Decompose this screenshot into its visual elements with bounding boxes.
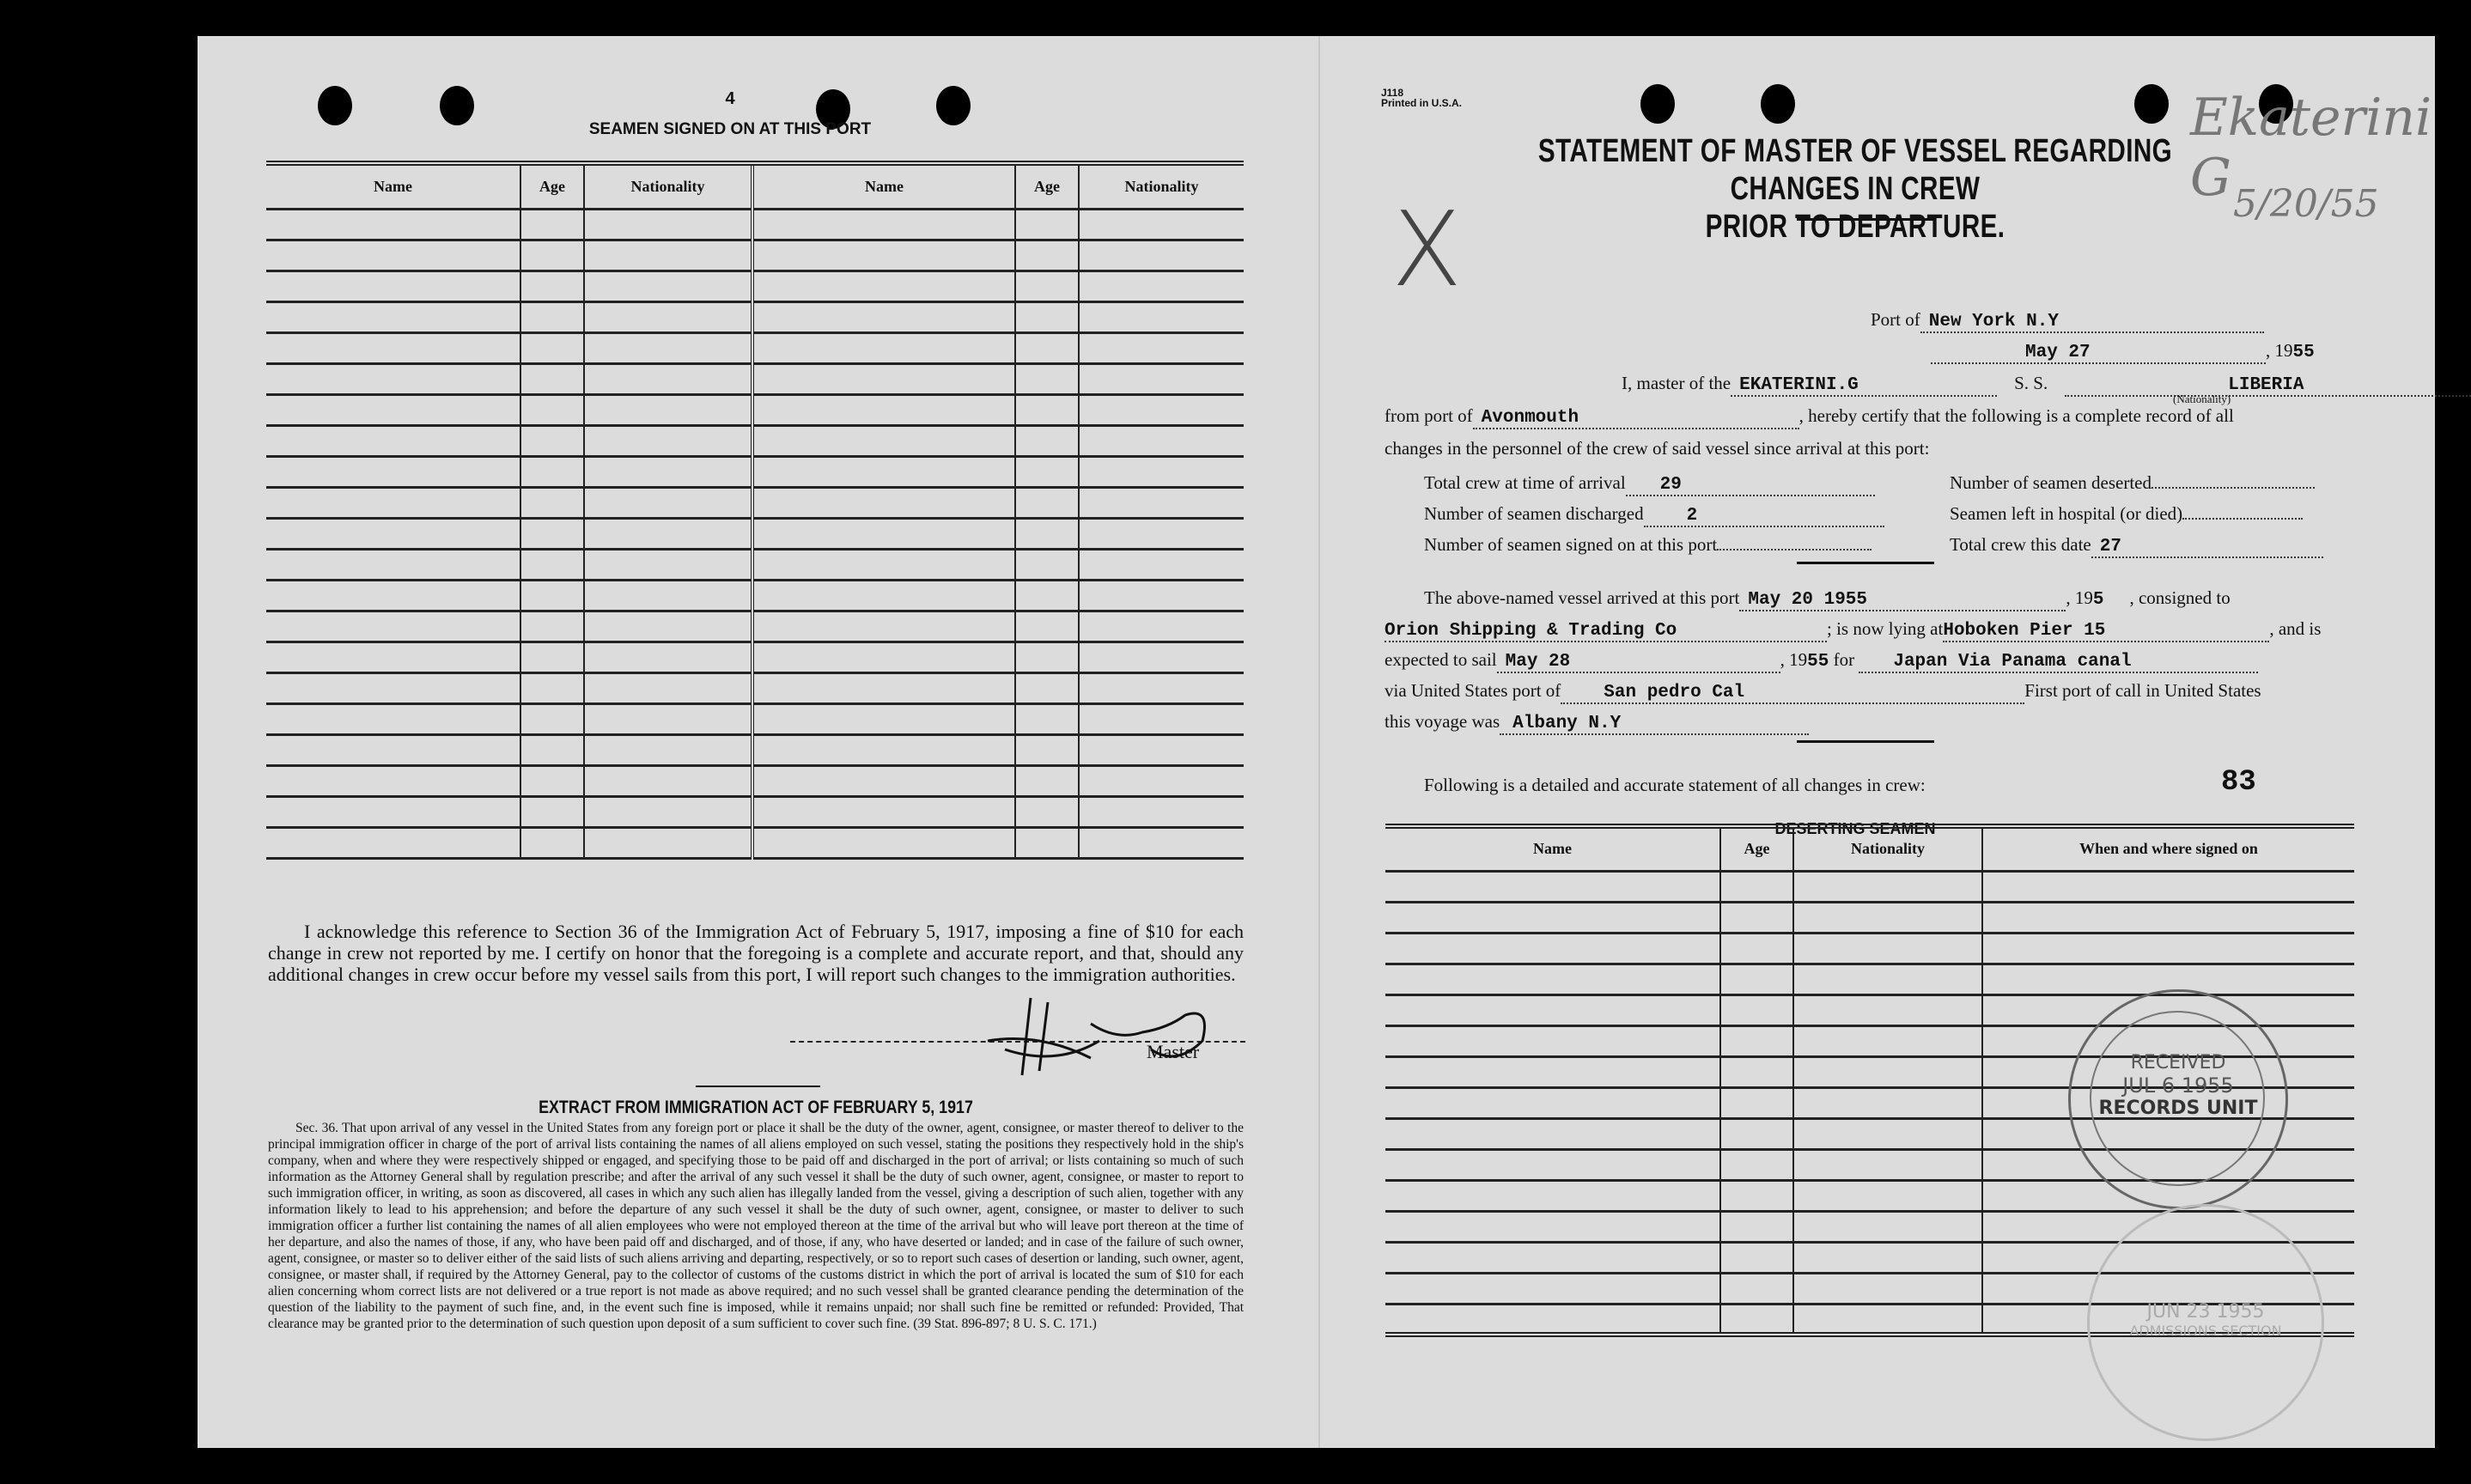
table-cell[interactable] xyxy=(1720,1149,1793,1180)
vessel-name: EKATERINI.G xyxy=(1731,375,1997,397)
table-row xyxy=(266,796,1244,827)
table-cell[interactable] xyxy=(266,672,520,703)
deserted-row: Number of seamen deserted xyxy=(1950,472,2315,494)
table-cell[interactable] xyxy=(1015,765,1079,796)
table-cell[interactable] xyxy=(1720,1118,1793,1149)
table-cell[interactable] xyxy=(1793,1180,1982,1211)
table-cell[interactable] xyxy=(584,209,752,240)
table-cell[interactable] xyxy=(752,703,1015,734)
table-cell[interactable] xyxy=(584,394,752,425)
table-cell[interactable] xyxy=(1079,363,1244,394)
received-stamp: RECEIVED JUL 6 1955 RECORDS UNIT xyxy=(2068,989,2288,1209)
destination-value: Japan Via Panama canal xyxy=(1859,652,2258,673)
table-cell[interactable] xyxy=(520,518,584,549)
table-cell[interactable] xyxy=(1720,1180,1793,1211)
table-cell[interactable] xyxy=(1385,1087,1720,1118)
table-cell[interactable] xyxy=(520,394,584,425)
total-crew-date-value: 27 xyxy=(2091,537,2323,558)
sail-year-prefix: 19 xyxy=(1789,649,1807,670)
extract-text: That upon arrival of any vessel in the U… xyxy=(268,1121,1244,1331)
table-row xyxy=(1385,964,2354,994)
table-row xyxy=(266,271,1244,301)
table-cell[interactable] xyxy=(1015,672,1079,703)
sail-label: expected to sail xyxy=(1385,649,1497,670)
table-cell[interactable] xyxy=(1793,1025,1982,1056)
table-cell[interactable] xyxy=(1720,1087,1793,1118)
table-cell[interactable] xyxy=(584,580,752,611)
from-port-row: from port ofAvonmouth, hereby certify th… xyxy=(1385,405,2234,429)
extract-body: Sec. 36. That upon arrival of any vessel… xyxy=(268,1120,1244,1332)
table-cell[interactable] xyxy=(1079,642,1244,672)
table-cell[interactable] xyxy=(1720,902,1793,933)
signature-label: Master xyxy=(1147,1041,1199,1062)
lying-at-value: Hoboken Pier 15 xyxy=(1943,621,2269,642)
table-cell[interactable] xyxy=(520,271,584,301)
table-row xyxy=(1385,933,2354,964)
table-row xyxy=(266,580,1244,611)
table-cell[interactable] xyxy=(752,456,1015,487)
table-cell[interactable] xyxy=(520,703,584,734)
table-cell[interactable] xyxy=(520,549,584,580)
nationality-caption: (Nationality) xyxy=(2173,392,2231,406)
table-row xyxy=(1385,871,2354,902)
table-cell[interactable] xyxy=(584,332,752,363)
ss-label: S. S. xyxy=(1997,373,2065,393)
table-cell[interactable] xyxy=(520,425,584,456)
column-header-nationality: Nationality xyxy=(1793,826,1982,871)
table-row xyxy=(266,672,1244,703)
table-cell[interactable] xyxy=(1079,487,1244,518)
sail-date: May 28 xyxy=(1497,652,1780,673)
table-cell[interactable] xyxy=(1385,1118,1720,1149)
table-cell[interactable] xyxy=(584,487,752,518)
table-cell[interactable] xyxy=(1079,425,1244,456)
table-cell[interactable] xyxy=(1720,871,1793,902)
table-cell[interactable] xyxy=(1385,902,1720,933)
table-cell[interactable] xyxy=(266,271,520,301)
table-row xyxy=(266,703,1244,734)
table-cell[interactable] xyxy=(1982,933,2354,964)
punch-hole xyxy=(2134,84,2169,124)
table-cell[interactable] xyxy=(1015,549,1079,580)
table-cell[interactable] xyxy=(752,209,1015,240)
table-cell[interactable] xyxy=(1015,796,1079,827)
table-cell[interactable] xyxy=(1385,933,1720,964)
nationality-value: LIBERIA xyxy=(2065,375,2471,397)
table-cell[interactable] xyxy=(1385,871,1720,902)
table-cell[interactable] xyxy=(1079,332,1244,363)
table-cell[interactable] xyxy=(520,332,584,363)
column-header-name: Name xyxy=(1385,826,1720,871)
arrived-row: The above-named vessel arrived at this p… xyxy=(1424,587,2231,611)
lying-label: ; is now lying at xyxy=(1827,618,1943,639)
admissions-stamp-date: JUN 23 1955 xyxy=(2090,1301,2322,1323)
table-cell[interactable] xyxy=(752,672,1015,703)
table-cell[interactable] xyxy=(1982,902,2354,933)
first-port-label: First port of call in United States xyxy=(2024,680,2261,701)
column-header-age: Age xyxy=(1720,826,1793,871)
table-cell[interactable] xyxy=(1385,1242,1720,1273)
table-cell[interactable] xyxy=(584,611,752,642)
sail-year-suffix: 55 xyxy=(1807,652,1829,672)
table-cell[interactable] xyxy=(1015,827,1079,858)
table-cell[interactable] xyxy=(1015,456,1079,487)
table-cell[interactable] xyxy=(1079,611,1244,642)
master-of-label: I, master of the xyxy=(1622,373,1731,393)
table-cell[interactable] xyxy=(1079,580,1244,611)
table-cell[interactable] xyxy=(752,363,1015,394)
hospital-label: Seamen left in hospital (or died) xyxy=(1950,503,2182,524)
table-cell[interactable] xyxy=(1015,642,1079,672)
table-cell[interactable] xyxy=(1720,994,1793,1025)
table-row xyxy=(266,363,1244,394)
table-cell[interactable] xyxy=(1385,1304,1720,1335)
for-label: for xyxy=(1834,649,1855,670)
table-cell[interactable] xyxy=(1385,1149,1720,1180)
table-cell[interactable] xyxy=(1015,271,1079,301)
table-cell[interactable] xyxy=(266,240,520,271)
table-cell[interactable] xyxy=(520,487,584,518)
table-cell[interactable] xyxy=(1720,1304,1793,1335)
and-is-label: , and is xyxy=(2269,618,2321,639)
from-port-label: from port of xyxy=(1385,405,1473,426)
arrived-year-suffix: 5 xyxy=(2093,590,2104,610)
total-crew-arrival-row: Total crew at time of arrival29 xyxy=(1424,472,1875,496)
table-cell[interactable] xyxy=(1793,1242,1982,1273)
table-cell[interactable] xyxy=(584,425,752,456)
date-row: May 27, 1955 xyxy=(1931,340,2315,364)
admissions-stamp-text: ADMISSIONS SECTION xyxy=(2090,1323,2322,1339)
table-cell[interactable] xyxy=(1015,518,1079,549)
page-number: 4 xyxy=(696,89,764,109)
table-cell[interactable] xyxy=(520,672,584,703)
table-cell[interactable] xyxy=(1079,240,1244,271)
table-cell[interactable] xyxy=(520,796,584,827)
table-cell[interactable] xyxy=(752,796,1015,827)
consigned-label: , consigned to xyxy=(2103,587,2230,608)
table-cell[interactable] xyxy=(584,642,752,672)
column-header-signed-on: When and where signed on xyxy=(1982,826,2354,871)
section-title: SEAMEN SIGNED ON AT THIS PORT xyxy=(464,120,996,139)
table-cell[interactable] xyxy=(584,456,752,487)
table-cell[interactable] xyxy=(584,301,752,332)
table-cell[interactable] xyxy=(266,611,520,642)
page-fold xyxy=(1318,36,1320,1448)
table-cell[interactable] xyxy=(752,580,1015,611)
table-cell[interactable] xyxy=(266,425,520,456)
table-row xyxy=(266,394,1244,425)
table-cell[interactable] xyxy=(752,301,1015,332)
table-cell[interactable] xyxy=(752,425,1015,456)
table-row xyxy=(266,827,1244,858)
table-row xyxy=(266,332,1244,363)
table-cell[interactable] xyxy=(752,734,1015,765)
discharged-label: Number of seamen discharged xyxy=(1424,503,1644,524)
table-cell[interactable] xyxy=(266,827,520,858)
table-cell[interactable] xyxy=(520,765,584,796)
table-row xyxy=(266,240,1244,271)
via-label: via United States port of xyxy=(1385,680,1561,701)
punch-hole xyxy=(1640,84,1675,124)
table-cell[interactable] xyxy=(584,549,752,580)
column-header-age: Age xyxy=(1015,163,1079,209)
form-number-block: J118 Printed in U.S.A. xyxy=(1381,88,1462,108)
table-cell[interactable] xyxy=(266,549,520,580)
table-cell[interactable] xyxy=(1015,209,1079,240)
table-cell[interactable] xyxy=(752,394,1015,425)
table-cell[interactable] xyxy=(520,456,584,487)
table-cell[interactable] xyxy=(266,394,520,425)
table-cell[interactable] xyxy=(266,209,520,240)
document-sheet: 4 SEAMEN SIGNED ON AT THIS PORT Name Age… xyxy=(198,36,2435,1448)
table-cell[interactable] xyxy=(584,765,752,796)
port-of-value: New York N.Y xyxy=(1920,312,2264,333)
table-cell[interactable] xyxy=(266,332,520,363)
table-cell[interactable] xyxy=(266,765,520,796)
table-row xyxy=(266,765,1244,796)
first-port-value: Albany N.Y xyxy=(1500,714,1809,735)
table-cell[interactable] xyxy=(584,734,752,765)
table-cell[interactable] xyxy=(1720,1242,1793,1273)
table-cell[interactable] xyxy=(1079,827,1244,858)
column-header-nationality: Nationality xyxy=(1079,163,1244,209)
table-cell[interactable] xyxy=(1720,933,1793,964)
table-cell[interactable] xyxy=(1385,994,1720,1025)
signature-icon xyxy=(971,989,1228,1084)
table-row xyxy=(266,456,1244,487)
table-cell[interactable] xyxy=(752,332,1015,363)
table-cell[interactable] xyxy=(266,301,520,332)
table-cell[interactable] xyxy=(752,518,1015,549)
via-row: via United States port ofSan pedro CalFi… xyxy=(1385,680,2261,704)
table-cell[interactable] xyxy=(1793,1149,1982,1180)
table-cell[interactable] xyxy=(584,240,752,271)
table-row xyxy=(266,425,1244,456)
year-prefix: 19 xyxy=(2275,340,2293,361)
acknowledgement-text: I acknowledge this reference to Section … xyxy=(268,921,1244,985)
certify-text-line2: changes in the personnel of the crew of … xyxy=(1385,438,1929,459)
table-cell[interactable] xyxy=(1793,902,1982,933)
table-cell[interactable] xyxy=(1793,1211,1982,1242)
table-cell[interactable] xyxy=(584,672,752,703)
table-cell[interactable] xyxy=(1015,580,1079,611)
total-crew-arrival-value: 29 xyxy=(1626,475,1875,496)
arrived-date: May 20 1955 xyxy=(1739,590,2066,611)
punch-hole xyxy=(1761,84,1795,124)
table-cell[interactable] xyxy=(1015,425,1079,456)
table-cell[interactable] xyxy=(1079,394,1244,425)
table-cell[interactable] xyxy=(1720,1025,1793,1056)
voyage-label: this voyage was xyxy=(1385,711,1500,732)
table-cell[interactable] xyxy=(1720,1211,1793,1242)
table-cell[interactable] xyxy=(752,549,1015,580)
table-cell[interactable] xyxy=(520,209,584,240)
table-cell[interactable] xyxy=(1015,301,1079,332)
table-cell[interactable] xyxy=(1793,933,1982,964)
port-of-row: Port ofNew York N.Y xyxy=(1871,309,2264,333)
hospital-value xyxy=(2182,518,2303,520)
table-row xyxy=(266,518,1244,549)
table-cell[interactable] xyxy=(1793,994,1982,1025)
admissions-stamp: JUN 23 1955 ADMISSIONS SECTION xyxy=(2087,1204,2324,1441)
table-cell[interactable] xyxy=(266,487,520,518)
printed-in: Printed in U.S.A. xyxy=(1381,98,1462,108)
consignee-row: Orion Shipping & Trading Co; is now lyin… xyxy=(1385,618,2321,642)
table-cell[interactable] xyxy=(1385,1056,1720,1087)
sail-row: expected to sailMay 28, 1955 for Japan V… xyxy=(1385,649,2258,673)
table-cell[interactable] xyxy=(520,363,584,394)
column-header-name: Name xyxy=(266,163,520,209)
table-cell[interactable] xyxy=(1015,487,1079,518)
table-cell[interactable] xyxy=(752,611,1015,642)
total-crew-date-row: Total crew this date27 xyxy=(1950,534,2323,558)
hospital-row: Seamen left in hospital (or died) xyxy=(1950,503,2303,525)
table-cell[interactable] xyxy=(1793,1273,1982,1304)
port-of-label: Port of xyxy=(1871,309,1920,330)
table-cell[interactable] xyxy=(266,456,520,487)
form-title-line1: STATEMENT OF MASTER OF VESSEL REGARDING … xyxy=(1487,132,2224,208)
table-cell[interactable] xyxy=(1079,301,1244,332)
extract-title: EXTRACT FROM IMMIGRATION ACT OF FEBRUARY… xyxy=(340,1098,1172,1118)
table-cell[interactable] xyxy=(584,518,752,549)
table-cell[interactable] xyxy=(1385,1180,1720,1211)
title-underline xyxy=(1797,218,1934,221)
table-cell[interactable] xyxy=(752,827,1015,858)
table-cell[interactable] xyxy=(266,796,520,827)
table-cell[interactable] xyxy=(1079,765,1244,796)
table-cell[interactable] xyxy=(1793,1087,1982,1118)
master-row: I, master of theEKATERINI.GS. S.LIBERIA xyxy=(1622,373,2471,397)
table-cell[interactable] xyxy=(1015,734,1079,765)
divider xyxy=(1797,740,1934,743)
table-cell[interactable] xyxy=(1720,1056,1793,1087)
table-row xyxy=(266,487,1244,518)
table-cell[interactable] xyxy=(584,796,752,827)
column-header-age: Age xyxy=(520,163,584,209)
table-cell[interactable] xyxy=(1079,703,1244,734)
table-cell[interactable] xyxy=(1079,796,1244,827)
divider xyxy=(1797,562,1934,564)
form-title-line2: PRIOR TO DEPARTURE. xyxy=(1487,208,2224,246)
divider xyxy=(696,1086,820,1087)
table-cell[interactable] xyxy=(520,642,584,672)
form-title: STATEMENT OF MASTER OF VESSEL REGARDING … xyxy=(1383,132,2328,246)
table-cell[interactable] xyxy=(584,271,752,301)
table-cell[interactable] xyxy=(1720,1273,1793,1304)
total-crew-date-label: Total crew this date xyxy=(1950,534,2091,555)
table-cell[interactable] xyxy=(752,487,1015,518)
table-cell[interactable] xyxy=(266,518,520,549)
table-cell[interactable] xyxy=(1015,394,1079,425)
table-cell[interactable] xyxy=(266,363,520,394)
year-suffix: 55 xyxy=(2293,343,2315,362)
table-cell[interactable] xyxy=(1079,672,1244,703)
table-cell[interactable] xyxy=(1793,1118,1982,1149)
table-cell[interactable] xyxy=(520,580,584,611)
signed-on-label: Number of seamen signed on at this port xyxy=(1424,534,1717,555)
date-value: May 27 xyxy=(1931,343,2266,364)
table-cell[interactable] xyxy=(266,580,520,611)
table-cell[interactable] xyxy=(266,703,520,734)
deserted-label: Number of seamen deserted xyxy=(1950,472,2151,493)
table-cell[interactable] xyxy=(1015,611,1079,642)
signed-on-value xyxy=(1717,549,1872,550)
table-cell[interactable] xyxy=(266,734,520,765)
table-cell[interactable] xyxy=(1385,964,1720,994)
column-header-nationality: Nationality xyxy=(584,163,752,209)
table-cell[interactable] xyxy=(1793,1304,1982,1335)
handwritten-x-mark: X xyxy=(1391,191,1462,310)
table-cell[interactable] xyxy=(1079,209,1244,240)
table-cell[interactable] xyxy=(1079,734,1244,765)
table-row xyxy=(266,611,1244,642)
table-cell[interactable] xyxy=(1079,518,1244,549)
seamen-signed-on-table: Name Age Nationality Name Age Nationalit… xyxy=(266,161,1244,860)
table-cell[interactable] xyxy=(266,642,520,672)
table-cell[interactable] xyxy=(584,703,752,734)
table-cell[interactable] xyxy=(520,611,584,642)
table-cell[interactable] xyxy=(1982,871,2354,902)
via-port-value: San pedro Cal xyxy=(1561,683,2024,704)
table-cell[interactable] xyxy=(584,363,752,394)
table-cell[interactable] xyxy=(1079,549,1244,580)
table-cell[interactable] xyxy=(1385,1025,1720,1056)
table-cell[interactable] xyxy=(1015,240,1079,271)
discharged-value: 2 xyxy=(1644,506,1884,527)
table-cell[interactable] xyxy=(1385,1211,1720,1242)
table-cell[interactable] xyxy=(520,734,584,765)
discharged-row: Number of seamen discharged2 xyxy=(1424,503,1884,527)
table-cell[interactable] xyxy=(752,642,1015,672)
table-cell[interactable] xyxy=(520,827,584,858)
table-cell[interactable] xyxy=(752,271,1015,301)
table-row xyxy=(1385,902,2354,933)
table-cell[interactable] xyxy=(520,240,584,271)
from-port-value: Avonmouth xyxy=(1473,408,1799,429)
table-cell[interactable] xyxy=(1015,363,1079,394)
table-cell[interactable] xyxy=(584,827,752,858)
arrived-year-prefix: 19 xyxy=(2075,587,2093,608)
table-row xyxy=(266,549,1244,580)
table-cell[interactable] xyxy=(1793,1056,1982,1087)
consignee-value: Orion Shipping & Trading Co xyxy=(1385,621,1827,642)
table-cell[interactable] xyxy=(752,765,1015,796)
table-cell[interactable] xyxy=(1079,456,1244,487)
table-row xyxy=(266,301,1244,332)
table-row xyxy=(266,209,1244,240)
signed-on-row: Number of seamen signed on at this port xyxy=(1424,534,1872,556)
table-cell[interactable] xyxy=(1015,332,1079,363)
voyage-row: this voyage wasAlbany N.Y xyxy=(1385,711,1809,735)
table-cell[interactable] xyxy=(1385,1273,1720,1304)
table-cell[interactable] xyxy=(1793,964,1982,994)
arrived-label: The above-named vessel arrived at this p… xyxy=(1424,587,1739,608)
handwritten-date-note: 5/20/55 xyxy=(2233,182,2379,226)
table-cell[interactable] xyxy=(520,301,584,332)
extract-section: Sec. 36. xyxy=(295,1121,338,1135)
column-header-name: Name xyxy=(752,163,1015,209)
certify-text: , hereby certify that the following is a… xyxy=(1799,405,2234,426)
table-cell[interactable] xyxy=(1015,703,1079,734)
table-cell[interactable] xyxy=(1720,964,1793,994)
deserted-value xyxy=(2151,487,2315,489)
total-crew-arrival-label: Total crew at time of arrival xyxy=(1424,472,1626,493)
table-cell[interactable] xyxy=(1079,271,1244,301)
table-row xyxy=(266,734,1244,765)
table-row xyxy=(266,642,1244,672)
table-cell[interactable] xyxy=(1793,871,1982,902)
table-cell[interactable] xyxy=(752,240,1015,271)
